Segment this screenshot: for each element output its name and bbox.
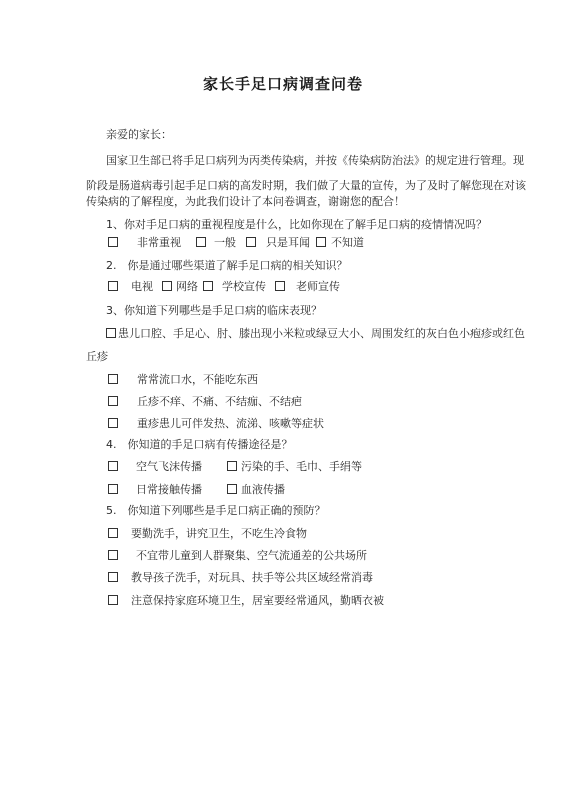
q5-option-3: 教导孩子洗手，对玩具、扶手等公共区域经常消毒 [131,571,373,585]
checkbox-q3-opt4[interactable] [108,418,118,428]
q5-option-1: 要勤洗手，讲究卫生，不吃生冷食物 [131,527,307,541]
document-title: 家长手足口病调查问卷 [0,73,566,94]
q2-option-3: 学校宣传 [222,280,266,294]
q4-option-1: 空气飞沫传播 [136,460,202,474]
q5-option-4: 注意保持家庭环境卫生，居室要经常通风，勤晒衣被 [131,594,384,608]
checkbox-q1-opt2[interactable] [196,237,206,247]
q2-option-2: 网络 [176,280,198,294]
q4-option-3: 日常接触传播 [136,483,202,497]
q2-option-1: 电视 [131,280,153,294]
checkbox-q4-opt2[interactable] [227,461,237,471]
intro-line-2: 阶段是肠道病毒引起手足口病的高发时期，我们做了大量的宣传，为了及时了解您现在对该 [86,179,526,193]
q3-option-4: 重疹患儿可伴发热、流涕、咳嗽等症状 [137,417,324,431]
q3-option-1-cont: 丘疹 [86,350,108,364]
intro-line-1: 国家卫生部已将手足口病列为丙类传染病，并按《传染病防治法》的规定进行管理。现 [106,154,524,168]
question-3: 3、你知道下列哪些是手足口病的临床表现？ [106,304,322,318]
q1-option-3: 只是耳闻 [266,236,310,250]
document-page: 家长手足口病调查问卷 亲爱的家长： 国家卫生部已将手足口病列为丙类传染病，并按《… [0,0,566,800]
checkbox-q4-opt1[interactable] [108,461,118,471]
intro-line-3: 传染病的了解程度，为此我们设计了本问卷调查，谢谢您的配合！ [86,195,405,209]
q3-option-1: 患儿口腔、手足心、肘、膝出现小米粒或绿豆大小、周围发红的灰白色小疱疹或红色 [118,327,525,341]
checkbox-q5-opt4[interactable] [108,595,118,605]
q1-option-1: 非常重视 [137,236,181,250]
checkbox-q2-opt3[interactable] [203,281,213,291]
checkbox-q2-opt4[interactable] [275,281,285,291]
checkbox-q2-opt2[interactable] [162,281,172,291]
checkbox-q2-opt1[interactable] [108,281,118,291]
q3-option-2: 常常流口水，不能吃东西 [137,373,258,387]
checkbox-q3-opt3[interactable] [108,396,118,406]
checkbox-q4-opt4[interactable] [227,484,237,494]
q4-option-4: 血液传播 [241,483,285,497]
question-1: 1、你对手足口病的重视程度是什么，比如你现在了解手足口病的疫情情况吗？ [106,218,487,232]
q2-option-4: 老师宣传 [296,280,340,294]
checkbox-q5-opt2[interactable] [108,550,118,560]
q3-option-3: 丘疹不痒、不痛、不结痂、不结疤 [137,395,302,409]
q1-option-2: 一般 [214,236,236,250]
checkbox-q3-opt2[interactable] [108,374,118,384]
question-2: 2. 你是通过哪些渠道了解手足口病的相关知识？ [106,259,348,273]
checkbox-q1-opt3[interactable] [246,237,256,247]
checkbox-q1-opt4[interactable] [316,237,326,247]
q4-option-2: 污染的手、毛巾、手绢等 [241,460,362,474]
q5-option-2: 不宜带儿童到人群聚集、空气流通差的公共场所 [136,549,367,563]
checkbox-q5-opt1[interactable] [108,528,118,538]
checkbox-q1-opt1[interactable] [108,237,118,247]
greeting: 亲爱的家长： [106,128,172,142]
checkbox-q4-opt3[interactable] [108,484,118,494]
checkbox-q5-opt3[interactable] [108,572,118,582]
question-4: 4. 你知道的手足口病有传播途径是？ [106,438,293,452]
q1-option-4: 不知道 [331,236,364,250]
question-5: 5. 你知道下列哪些是手足口病正确的预防？ [106,504,326,518]
checkbox-q3-opt1[interactable] [106,328,116,338]
